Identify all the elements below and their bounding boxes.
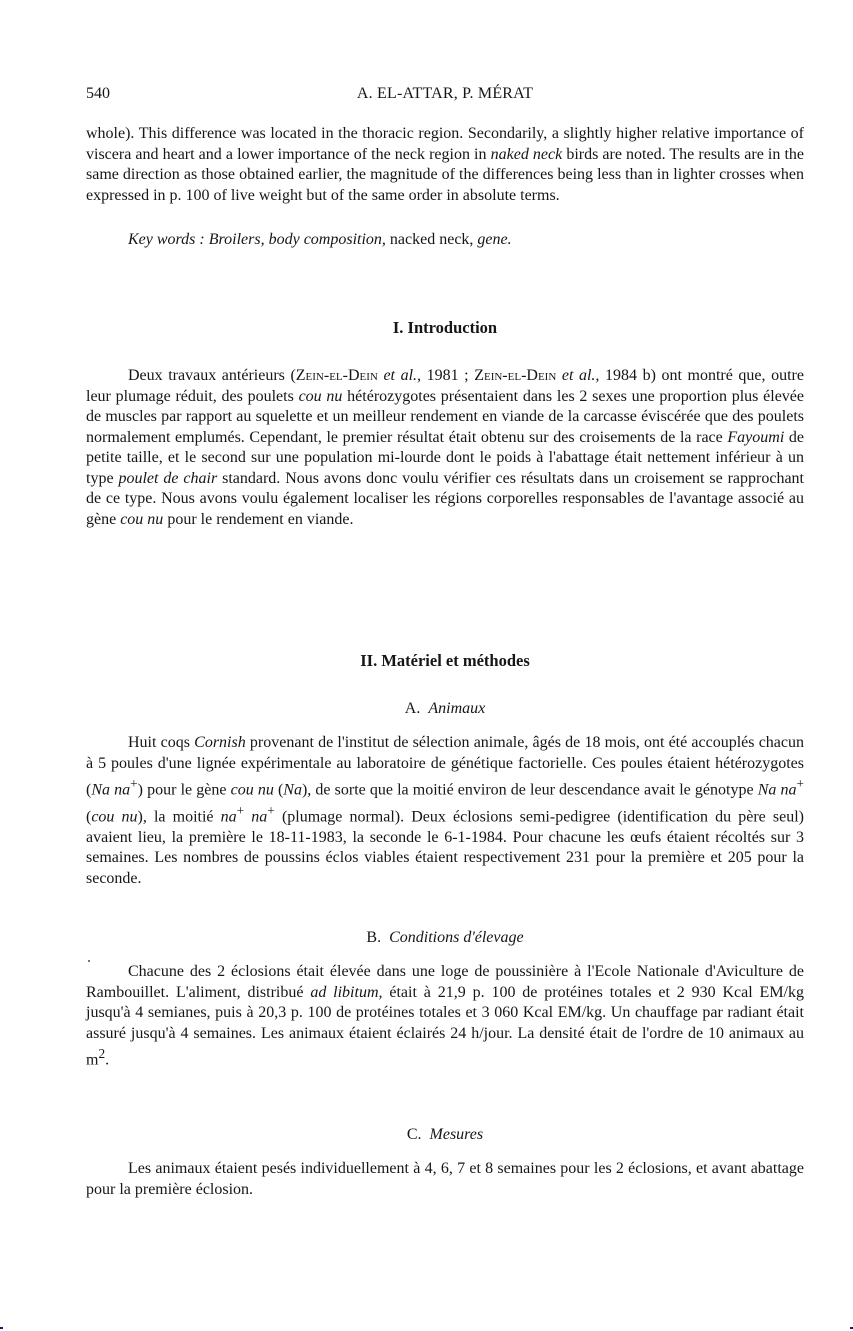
subsection-heading-conditions: B. Conditions d'élevage bbox=[86, 929, 804, 947]
section-heading-methods: II. Matériel et méthodes bbox=[86, 651, 804, 671]
keywords-line: Key words : Broilers, body composition, … bbox=[128, 231, 512, 249]
animaux-body: Huit coqs Cornish provenant de l'institu… bbox=[86, 733, 804, 889]
running-head: 540 A. EL-ATTAR, P. MÉRAT bbox=[86, 85, 804, 105]
section-heading-introduction: I. Introduction bbox=[86, 318, 804, 338]
introduction-body: Deux travaux antérieurs (Zein-el-Dein et… bbox=[86, 366, 804, 530]
conditions-paragraph: Chacune des 2 éclosions était élevée dan… bbox=[86, 962, 804, 1071]
mesures-body: Les animaux étaient pesés individuelleme… bbox=[86, 1159, 804, 1200]
introduction-paragraph: Deux travaux antérieurs (Zein-el-Dein et… bbox=[86, 366, 804, 530]
subsection-heading-animaux: A. Animaux bbox=[86, 700, 804, 718]
abstract-paragraph: whole). This difference was located in t… bbox=[86, 124, 804, 206]
scan-corner-mark-left bbox=[0, 1327, 3, 1329]
animaux-paragraph: Huit coqs Cornish provenant de l'institu… bbox=[86, 733, 804, 889]
mesures-paragraph: Les animaux étaient pesés individuelleme… bbox=[86, 1159, 804, 1200]
subsection-heading-mesures: C. Mesures bbox=[86, 1126, 804, 1144]
keywords-label: Key words : bbox=[128, 231, 209, 248]
running-head-authors: A. EL-ATTAR, P. MÉRAT bbox=[86, 85, 804, 103]
conditions-body: Chacune des 2 éclosions était élevée dan… bbox=[86, 962, 804, 1071]
keywords-items: Broilers, body composition, nacked neck,… bbox=[209, 231, 512, 248]
document-page: 540 A. EL-ATTAR, P. MÉRAT whole). This d… bbox=[0, 0, 853, 1331]
abstract-tail: whole). This difference was located in t… bbox=[86, 124, 804, 206]
